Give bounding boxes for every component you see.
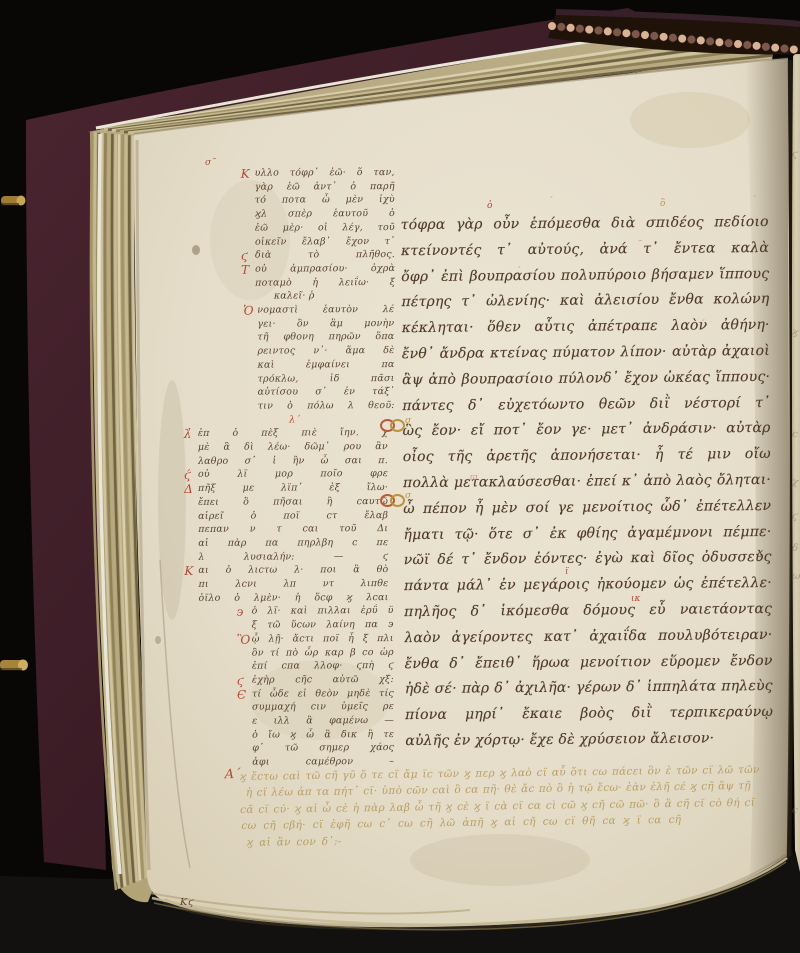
- bottom-annotation-line: ϗ αἱ ἂν ϲον δ᾽:-: [246, 833, 341, 850]
- manuscript-photo: Κυλλο τόφρ᾽ ἑῶ· ὅ ταν,γὰρ ἑῶ ἀντ᾽ ὁ παρῆ…: [0, 0, 800, 953]
- bottom-annotation-initial: Α´: [225, 768, 241, 782]
- bottom-annotation-block: Α´ϗ ἔϲτω ϲαὶ τῶ ϲῆ γῦ ὅ τε ϲϊ ἄμ ϊϲ τῶν …: [0, 0, 800, 953]
- quire-signature: Κϛ: [180, 898, 194, 908]
